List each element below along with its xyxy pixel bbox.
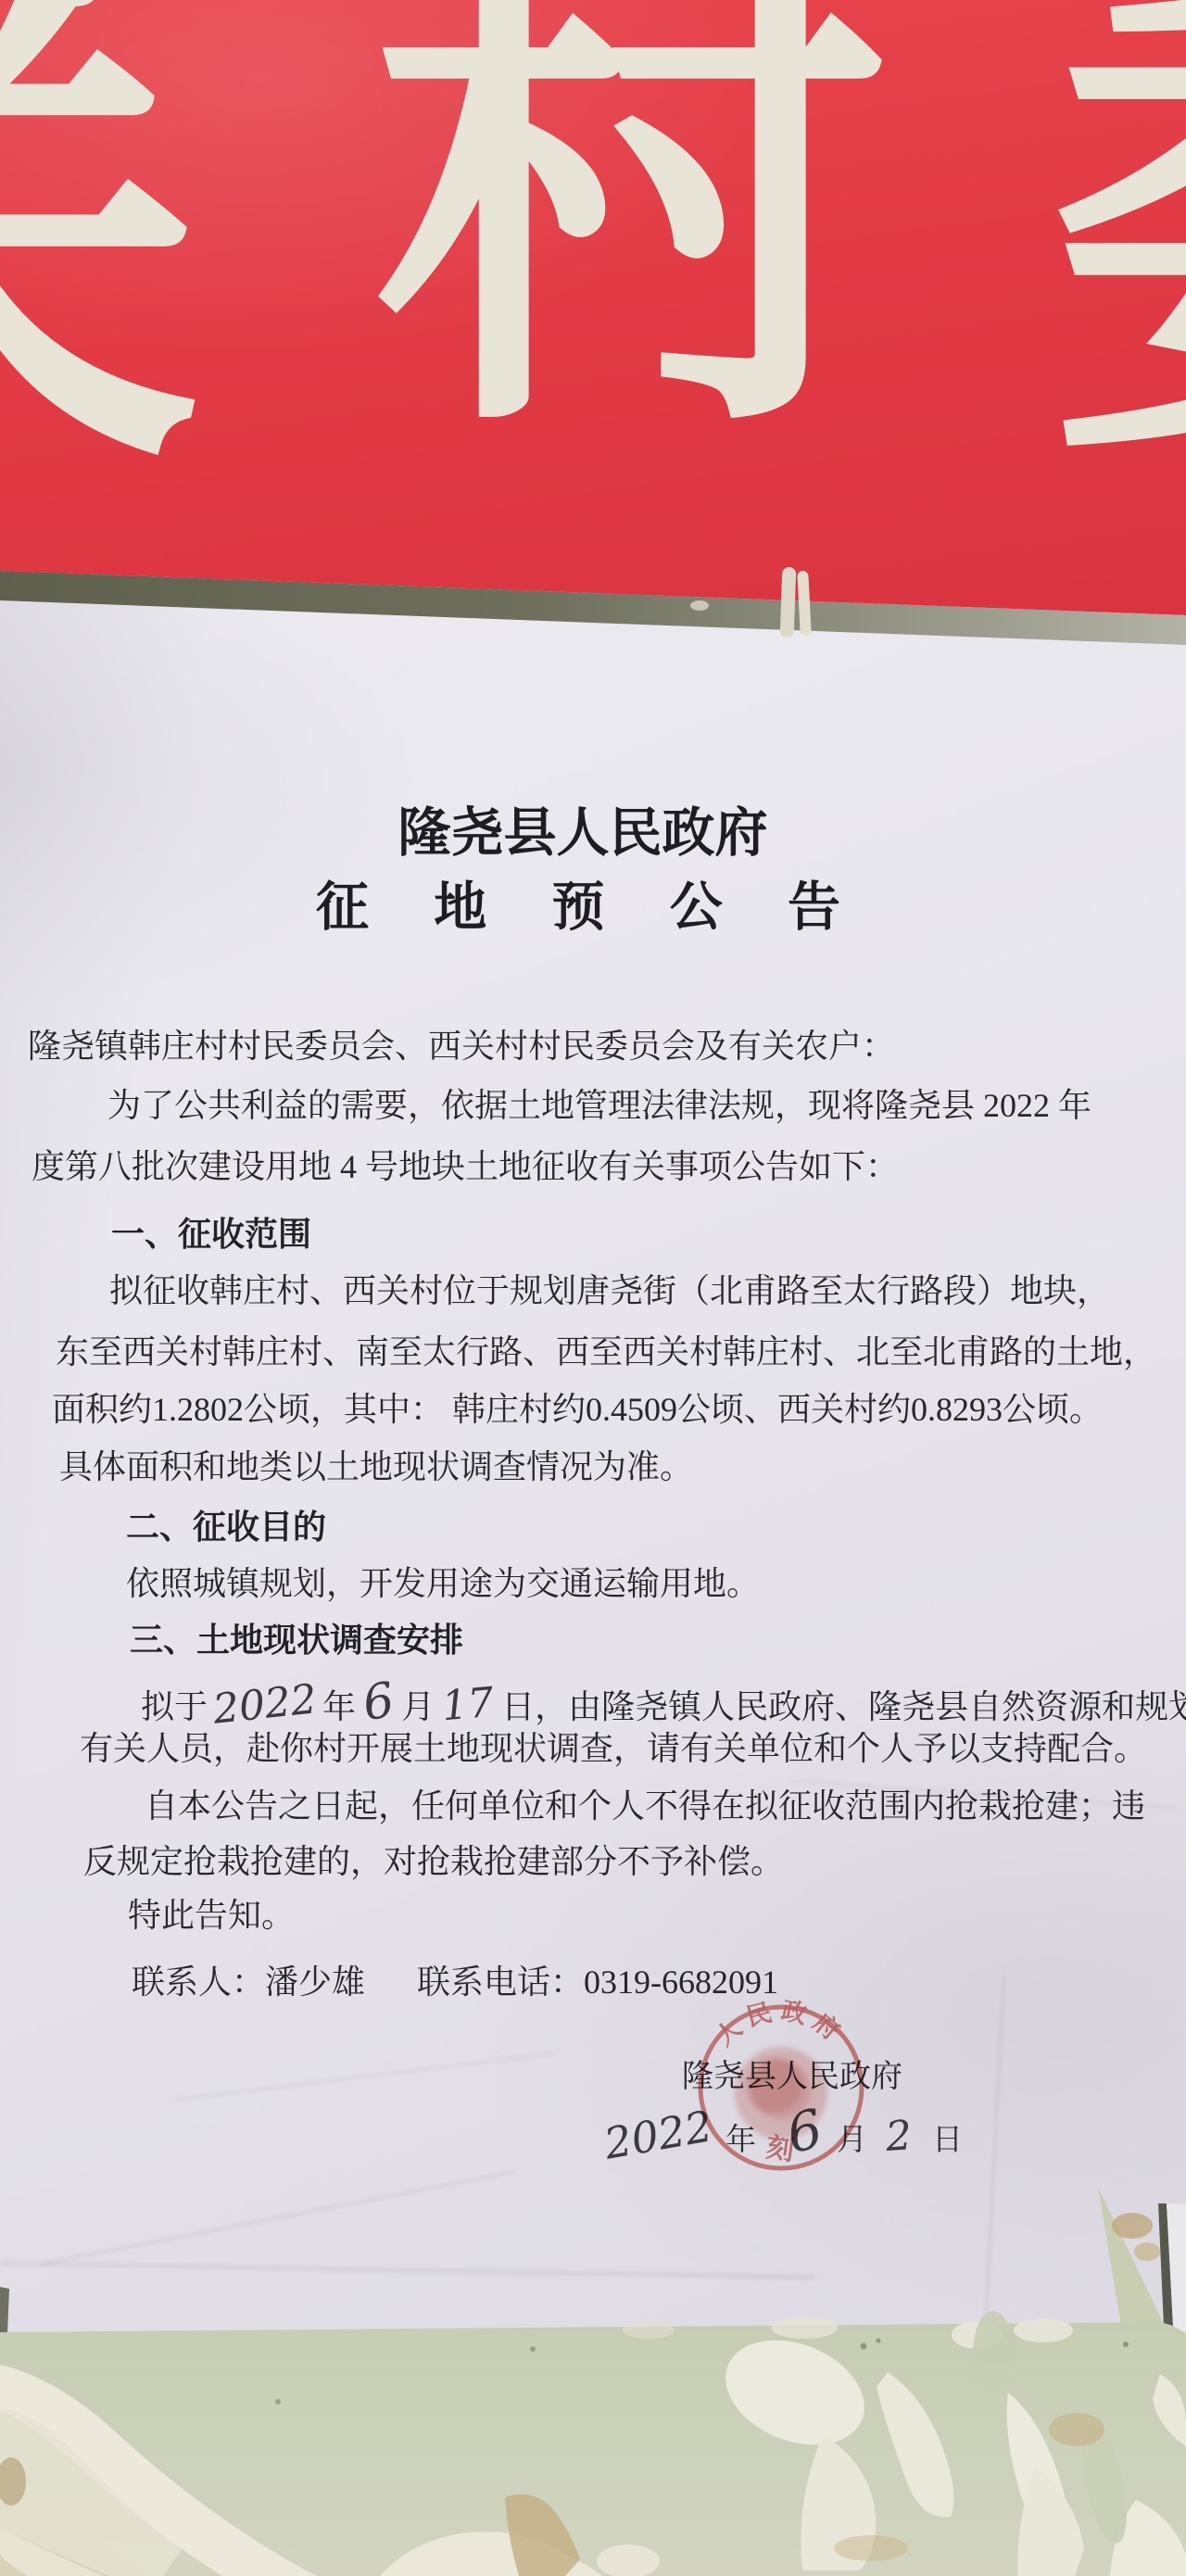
section1-line: 具体面积和地类以土地现状调查情况为准。 (59, 1447, 693, 1487)
printed-segment: 年 (322, 1688, 356, 1725)
paint-drip (780, 567, 797, 638)
sign-char-center: 村 (371, 0, 889, 454)
notice-title-line1: 隆尧县人民政府 (0, 802, 1176, 865)
intro-line: 为了公共利益的需要，依据土地管理法律法规，现将隆尧县 2022 年 (107, 1086, 1091, 1126)
section3-line: 特此告知。 (128, 1896, 295, 1936)
photo-of-notice: 关 村 委 隆尧县人民政府 征 地 预 公 告 隆尧镇韩庄村村民委员会、西关村村… (0, 0, 1186, 2576)
section1-line: 面积约1.2802公顷，其中： 韩庄村约0.4509公顷、西关村约0.8293公… (52, 1390, 1103, 1430)
contact-phone: 联系电话：0319-6682091 (417, 1964, 778, 2001)
intro-line: 度第八批次建设用地 4 号地块土地征收有关事项公告如下： (32, 1147, 899, 1187)
contact-person: 联系人：潘少雄 (132, 1964, 365, 2001)
board-edge-line (0, 2287, 9, 2333)
section3-line: 自本公告之日起，任何单位和个人不得在拟征收范围内抢栽抢建；违 (145, 1787, 1145, 1826)
notice-title-line2: 征 地 预 公 告 (0, 877, 1184, 940)
handwritten-day: 17 (440, 1679, 496, 1732)
section3-line-with-dates: 拟于2022年6月17日，由隆尧镇人民政府、隆尧县自然资源和规划局 (141, 1673, 1186, 1731)
red-sign-board: 关 村 委 (0, 0, 1186, 658)
sign-char-right-partial: 委 (1047, 0, 1186, 482)
paint-drip (690, 600, 709, 611)
date-label-day: 日 (932, 2115, 963, 2159)
section1-line: 东至西关村韩庄村、南至太行路、西至西关村韩庄村、北至北甫路的土地， (56, 1332, 1156, 1372)
section2-line: 依照城镇规划，开发用途为交通运输用地。 (126, 1564, 760, 1604)
section2-heading: 二、征收目的 (126, 1507, 326, 1547)
handwritten-year: 2022 (211, 1675, 320, 1735)
printed-segment: 日，由隆尧镇人民政府、隆尧县自然资源和规划局 (501, 1688, 1186, 1725)
seal-bottom-mark: 刻 (764, 2132, 796, 2166)
wall (0, 2187, 1186, 2576)
seal-emblem (735, 2047, 827, 2140)
red-village-sign: 关 村 委 (0, 0, 1186, 658)
section3-line: 反规定抢栽抢建的，对抢栽抢建部分不予补偿。 (83, 1842, 784, 1882)
tan-spot (1134, 2242, 1160, 2261)
contact-line: 联系人：潘少雄联系电话：0319-6682091 (132, 1963, 778, 2002)
section3-line: 有关人员，赴你村开展土地现状调查，请有关单位和个人予以支持配合。 (80, 1729, 1147, 1769)
official-seal: 人民政府 刻 (693, 2000, 869, 2176)
printed-segment: 拟于 (141, 1688, 208, 1725)
section1-heading: 一、征收范围 (111, 1214, 311, 1254)
section3-heading: 三、土地现状调查安排 (130, 1620, 463, 1660)
tan-spot (1112, 2213, 1153, 2239)
salutation: 隆尧镇韩庄村村民委员会、西关村村民委员会及有关农户： (28, 1027, 895, 1067)
handwritten-month: 6 (359, 1672, 397, 1734)
handwritten-day: 2 (884, 2112, 913, 2161)
sign-char-left-partial: 关 (0, 0, 204, 491)
section1-line: 拟征收韩庄村、西关村位于规划唐尧街（北甫路至太行路段）地块， (109, 1271, 1110, 1311)
printed-segment: 月 (401, 1688, 435, 1725)
